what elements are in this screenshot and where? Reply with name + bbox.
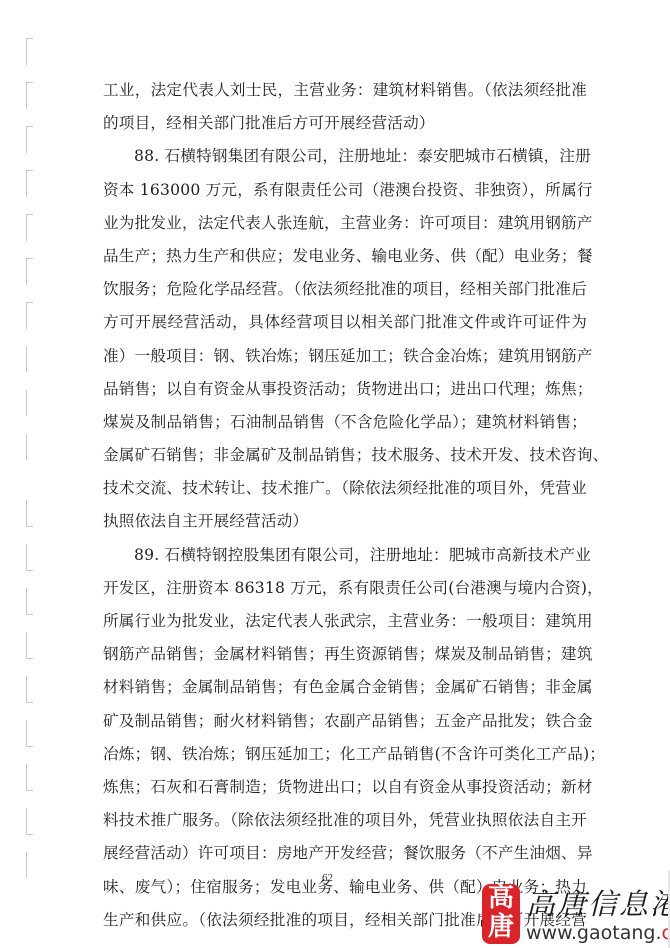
text-line: 88. 石横特钢集团有限公司，注册地址：泰安肥城市石横镇，注册 bbox=[103, 140, 587, 173]
binding-mark bbox=[26, 632, 33, 659]
page-number: 62 bbox=[322, 872, 333, 884]
text-line: 展经营活动）许可项目：房地产开发经营；餐饮服务（不产生油烟、异 bbox=[103, 837, 587, 870]
document-body: 工业，法定代表人刘士民，主营业务：建筑材料销售。（依法须经批准的项目，经相关部门… bbox=[103, 74, 587, 937]
seal-char-bottom: 唐 bbox=[482, 913, 520, 942]
binding-mark bbox=[26, 852, 33, 878]
binding-mark bbox=[26, 720, 33, 747]
text-line: 的项目，经相关部门批准后方可开展经营活动） bbox=[103, 107, 587, 140]
binding-mark bbox=[26, 500, 33, 527]
text-line: 开发区，注册资本 86318 万元，系有限责任公司(台港澳与境内合资)， bbox=[103, 572, 587, 605]
binding-mark bbox=[26, 82, 33, 109]
text-line: 准）一般项目：钢、铁冶炼；钢压延加工；铁合金冶炼；建筑用钢筋产 bbox=[103, 340, 587, 373]
binding-mark bbox=[26, 170, 33, 197]
text-line: 饮服务；危险化学品经营。（依法须经批准的项目，经相关部门批准后 bbox=[103, 273, 587, 306]
binding-mark bbox=[26, 544, 33, 571]
text-line: 资本 163000 万元，系有限责任公司（港澳台投资、非独资），所属行 bbox=[103, 174, 587, 207]
url-main: www.gaotang. bbox=[526, 922, 661, 944]
binding-mark bbox=[26, 126, 33, 153]
watermark-title: 高唐信息港 bbox=[526, 882, 670, 923]
text-line: 钢筋产品销售；金属材料销售；再生资源销售；煤炭及制品销售；建筑 bbox=[103, 638, 587, 671]
binding-mark bbox=[26, 214, 33, 241]
site-watermark: 高 唐 高唐信息港 www.gaotang.cc bbox=[482, 882, 670, 946]
binding-marks bbox=[22, 30, 36, 910]
text-line: 技术交流、技术转让、技术推广。（除依法须经批准的项目外，凭营业 bbox=[103, 472, 587, 505]
text-line: 煤炭及制品销售；石油制品销售（不含危险化学品）；建筑材料销售； bbox=[103, 406, 587, 439]
text-line: 方可开展经营活动，具体经营项目以相关部门批准文件或许可证件为 bbox=[103, 306, 587, 339]
binding-mark bbox=[26, 390, 33, 416]
binding-mark bbox=[26, 434, 33, 460]
binding-mark bbox=[26, 302, 33, 329]
binding-mark bbox=[26, 38, 33, 65]
watermark-url: www.gaotang.cc bbox=[526, 922, 670, 944]
binding-mark bbox=[26, 346, 33, 372]
text-line: 业为批发业，法定代表人张连航，主营业务：许可项目：建筑用钢筋产 bbox=[103, 207, 587, 240]
text-line: 金属矿石销售；非金属矿及制品销售；技术服务、技术开发、技术咨询、 bbox=[103, 439, 587, 472]
binding-mark bbox=[26, 676, 33, 703]
text-line: 执照依法自主开展经营活动） bbox=[103, 505, 587, 538]
text-line: 品生产；热力生产和供应；发电业务、输电业务、供（配）电业务；餐 bbox=[103, 240, 587, 273]
text-line: 料技术推广服务。（除依法须经批准的项目外，凭营业执照依法自主开 bbox=[103, 804, 587, 837]
binding-mark bbox=[26, 764, 33, 791]
text-line: 品销售；以自有资金从事投资活动；货物进出口；进出口代理；炼焦； bbox=[103, 373, 587, 406]
gaotang-seal-logo: 高 唐 bbox=[482, 884, 520, 944]
text-line: 矿及制品销售；耐火材料销售；农副产品销售；五金产品批发；铁合金 bbox=[103, 705, 587, 738]
binding-mark bbox=[26, 258, 33, 285]
text-line: 工业，法定代表人刘士民，主营业务：建筑材料销售。（依法须经批准 bbox=[103, 74, 587, 107]
text-line: 冶炼；钢、铁冶炼；钢压延加工；化工产品销售(不含许可类化工产品)； bbox=[103, 738, 587, 771]
text-line: 材料销售；金属制品销售；有色金属合金销售；金属矿石销售；非金属 bbox=[103, 671, 587, 704]
text-line: 炼焦；石灰和石膏制造；货物进出口；以自有资金从事投资活动；新材 bbox=[103, 771, 587, 804]
seal-char-top: 高 bbox=[482, 884, 520, 913]
text-line: 所属行业为批发业，法定代表人张武宗，主营业务：一般项目：建筑用 bbox=[103, 605, 587, 638]
binding-mark bbox=[26, 588, 33, 615]
text-line: 89. 石横特钢控股集团有限公司，注册地址：肥城市高新技术产业 bbox=[103, 539, 587, 572]
binding-mark bbox=[26, 808, 33, 835]
